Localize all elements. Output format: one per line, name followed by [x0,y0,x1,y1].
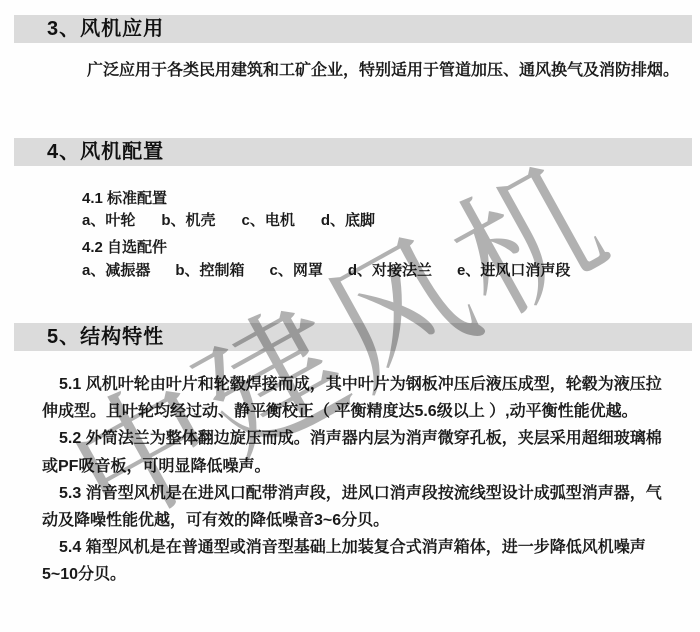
optional-config-items: a、减振器 b、控制箱 c、网罩 d、对接法兰 e、进风口消声段 [82,262,570,280]
standard-item-base: d、底脚 [321,212,375,230]
optional-item-control-box: b、控制箱 [175,262,244,280]
section-3-heading: 3、风机应用 [14,15,164,43]
optional-item-inlet-silencer: e、进风口消声段 [457,262,570,280]
catalog-page: 3、风机应用 广泛应用于各类民用建筑和工矿企业，特别适用于管道加压、通风换气及消… [0,0,700,632]
optional-item-damper: a、减振器 [82,262,150,280]
section-3-heading-bar: 3、风机应用 [14,15,692,43]
optional-config-title: 4.2 自选配件 [82,239,167,257]
para-5-3-line-2: 动及降噪性能优越，可有效的降低噪音3~6分贝。 [42,507,664,534]
para-5-2-line-2: 或PF吸音板，可明显降低噪声。 [42,453,664,480]
section-5-paragraphs: 5.1 风机叶轮由叶片和轮毂焊接而成，其中叶片为钢板冲压后液压成型，轮毂为液压拉… [42,371,664,589]
standard-config-title: 4.1 标准配置 [82,190,167,208]
section-5-heading: 5、结构特性 [14,323,164,351]
section-4-heading: 4、风机配置 [14,138,164,166]
section-3-paragraph: 广泛应用于各类民用建筑和工矿企业，特别适用于管道加压、通风换气及消防排烟。 [87,60,687,81]
para-5-4-line-1: 5.4 箱型风机是在普通型或消音型基础上加装复合式消声箱体，进一步降低风机噪声 [42,534,664,561]
standard-config-items: a、叶轮 b、机壳 c、电机 d、底脚 [82,212,375,230]
optional-item-flange: d、对接法兰 [348,262,432,280]
optional-item-mesh-cover: c、网罩 [270,262,323,280]
standard-item-impeller: a、叶轮 [82,212,135,230]
section-5-heading-bar: 5、结构特性 [14,323,692,351]
para-5-1-line-1: 5.1 风机叶轮由叶片和轮毂焊接而成，其中叶片为钢板冲压后液压成型，轮毂为液压拉 [42,371,664,398]
standard-item-casing: b、机壳 [161,212,215,230]
para-5-3-line-1: 5.3 消音型风机是在进风口配带消声段，进风口消声段按流线型设计成弧型消声器，气 [42,480,664,507]
standard-item-motor: c、电机 [242,212,295,230]
section-4-heading-bar: 4、风机配置 [14,138,692,166]
para-5-2-line-1: 5.2 外筒法兰为整体翻边旋压而成。消声器内层为消声微穿孔板，夹层采用超细玻璃棉 [42,425,664,452]
para-5-1-line-2: 伸成型。且叶轮均经过动、静平衡校正（ 平衡精度达5.6级以上 ）,动平衡性能优越… [42,398,664,425]
para-5-4-line-2: 5~10分贝。 [42,561,664,588]
